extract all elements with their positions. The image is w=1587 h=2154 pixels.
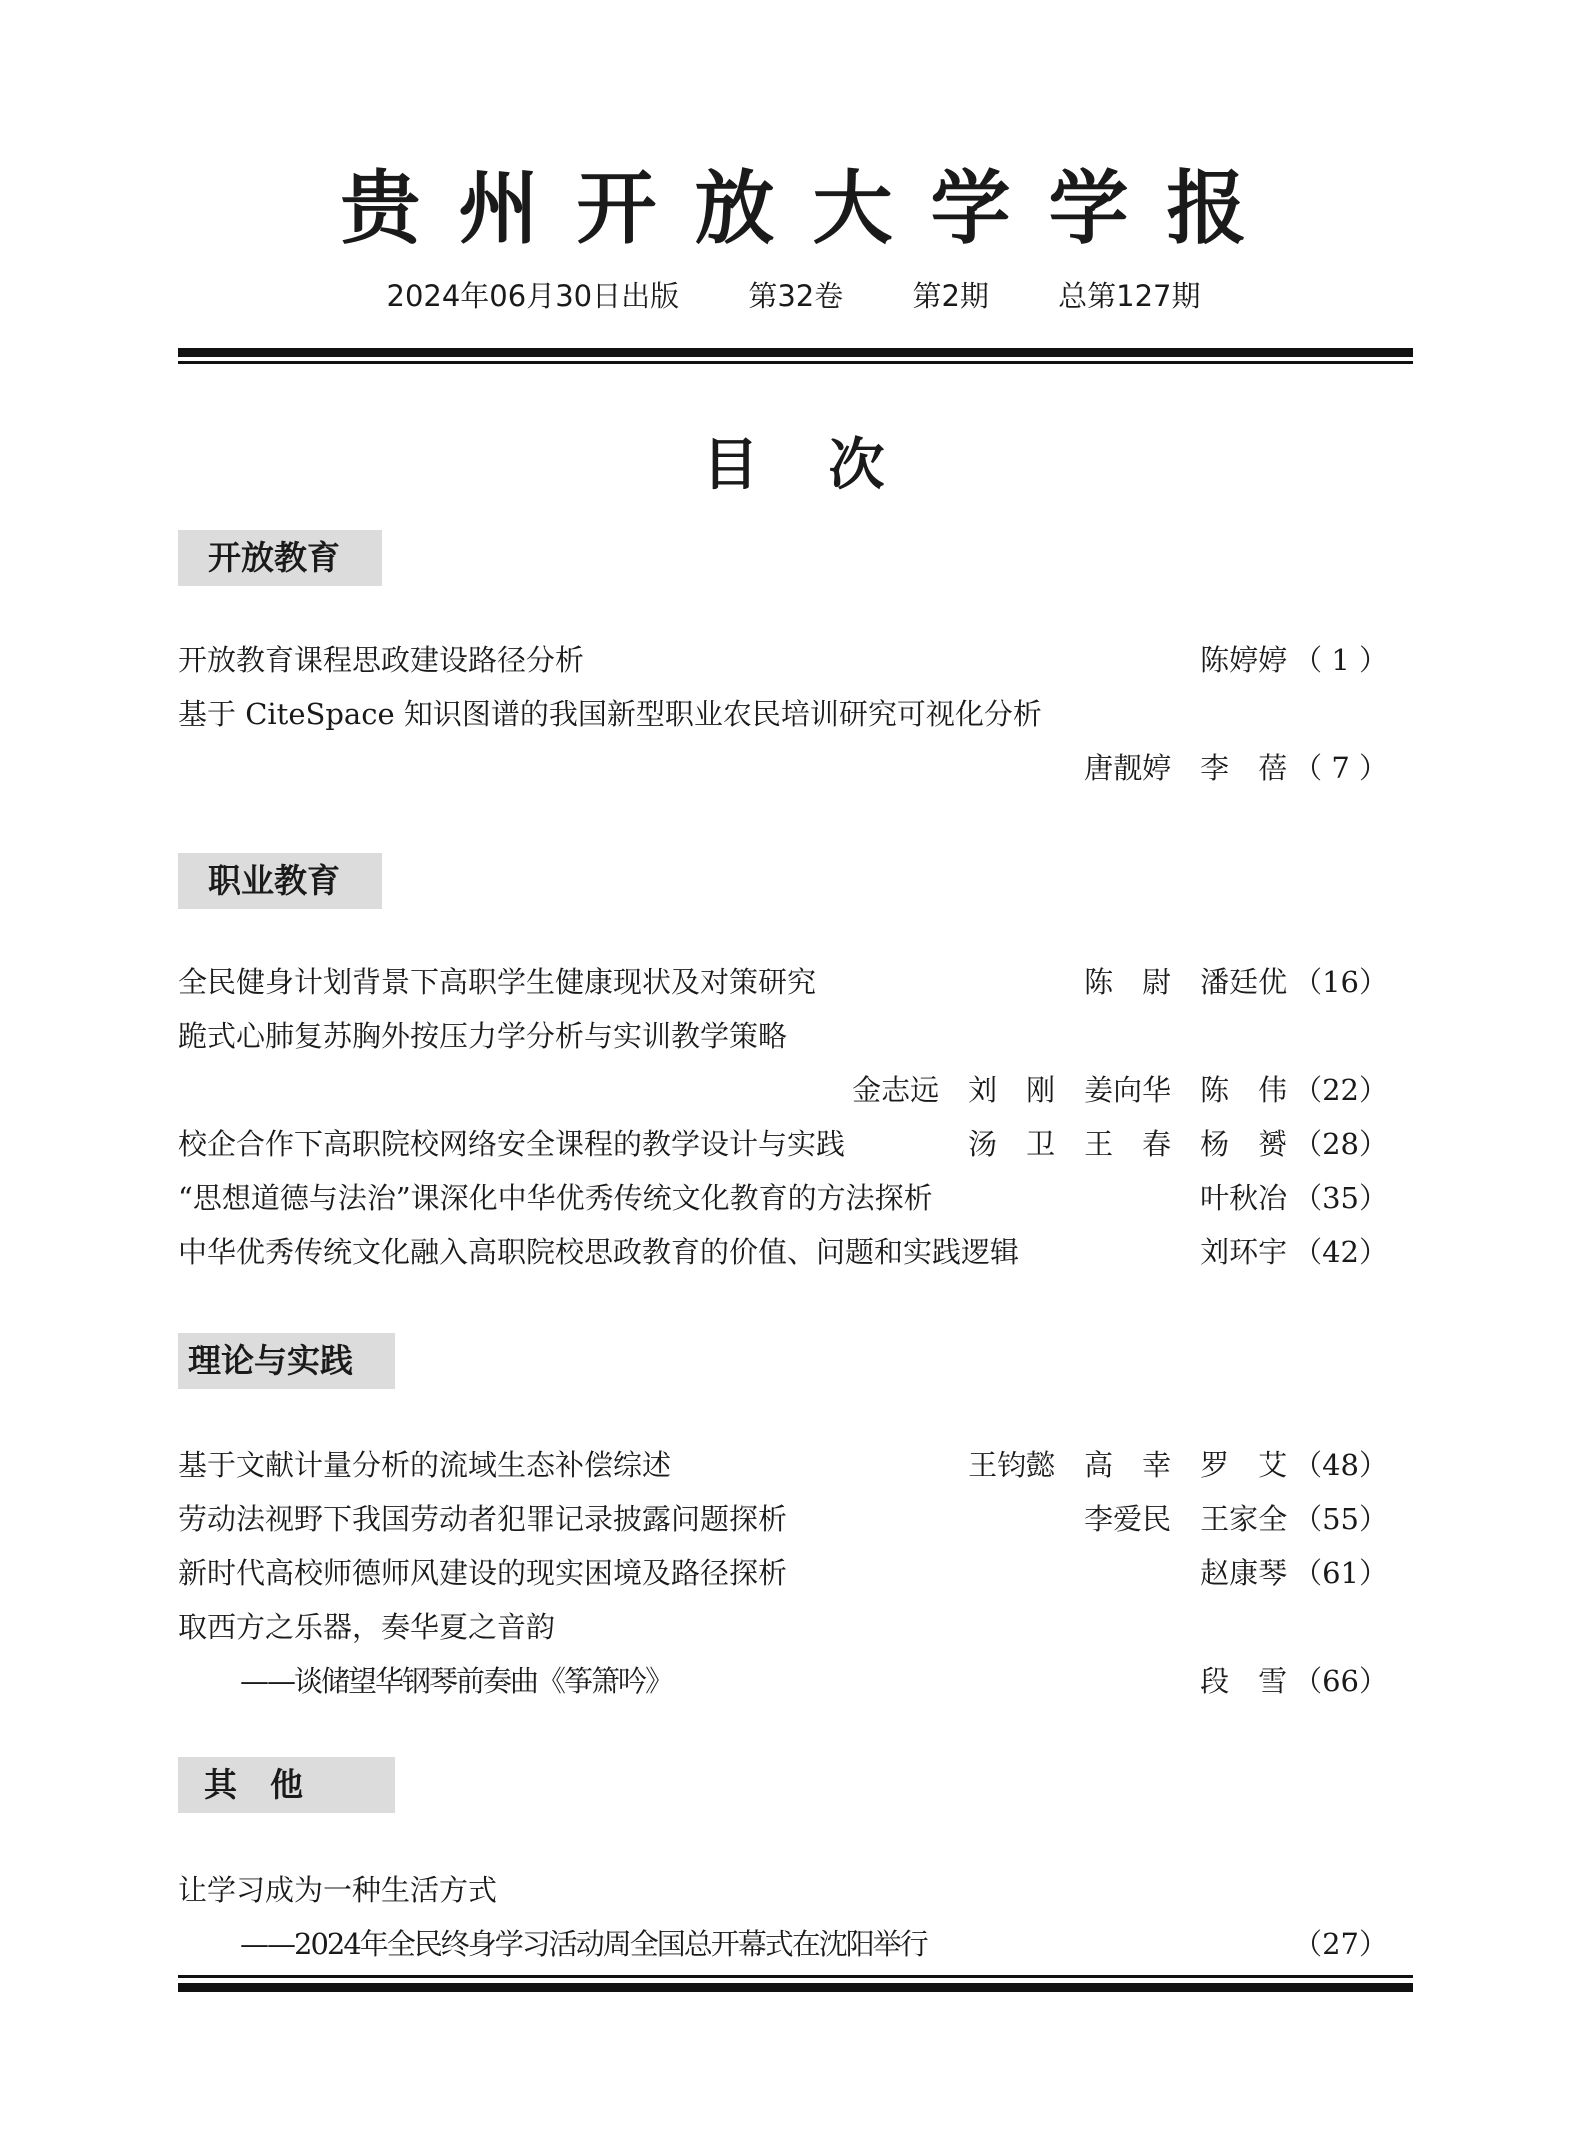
toc-entry[interactable]: 劳动法视野下我国劳动者犯罪记录披露问题探析 李爱民 王家全 （55）: [178, 1499, 1388, 1539]
leader-dots: [674, 1661, 1198, 1701]
leader-dots: [586, 640, 1198, 680]
entry-page: （28）: [1293, 1124, 1388, 1164]
issue-number: 第2期: [912, 279, 988, 313]
toc-entry[interactable]: 基于 CiteSpace 知识图谱的我国新型职业农民培训研究可视化分析: [178, 694, 1388, 734]
leader-dots: [1021, 1232, 1198, 1272]
entry-title[interactable]: 劳动法视野下我国劳动者犯罪记录披露问题探析: [178, 1499, 787, 1539]
toc-entry[interactable]: 取西方之乐器，奏华夏之音韵: [178, 1607, 1388, 1647]
entry-title[interactable]: 开放教育课程思政建设路径分析: [178, 640, 584, 680]
entry-title[interactable]: 全民健身计划背景下高职学生健康现状及对策研究: [178, 962, 816, 1002]
toc-heading: 目次: [0, 438, 1587, 494]
entry-page: （55）: [1293, 1499, 1388, 1539]
leader-dots: [863, 1124, 887, 1164]
entry-authors: 金志远 刘 刚 姜向华 陈 伟: [852, 1070, 1287, 1110]
leader-dots: [789, 1499, 1082, 1539]
entry-authors: 陈婷婷: [1200, 640, 1287, 680]
toc-entry-continuation[interactable]: ——谈储望华钢琴前奏曲《筝箫吟》 段 雪 （66）: [240, 1661, 1388, 1701]
leader-dots: [789, 1553, 1198, 1593]
leader-dots: [935, 1178, 1198, 1218]
toc-entry[interactable]: 让学习成为一种生活方式: [178, 1870, 1388, 1910]
entry-authors: 汤 卫 王 春 杨 赟: [905, 1124, 1287, 1164]
entry-authors: 唐靓婷 李 蓓: [1084, 748, 1287, 788]
header-rule-thin: [178, 361, 1413, 364]
entry-page: （16）: [1293, 962, 1388, 1002]
entry-title[interactable]: 取西方之乐器，奏华夏之音韵: [178, 1607, 555, 1647]
entry-authors: 刘环宇: [1200, 1232, 1287, 1272]
entry-page: （42）: [1293, 1232, 1388, 1272]
entry-page: （48）: [1293, 1445, 1388, 1485]
leader-dots: [951, 1924, 1281, 1964]
leader-dots: [242, 1070, 850, 1110]
volume: 第32卷: [748, 279, 843, 313]
entry-authors: 陈 尉 潘廷优: [1084, 962, 1287, 1002]
section-label-open-education: 开放教育: [178, 530, 382, 586]
entry-page: （35）: [1293, 1178, 1388, 1218]
entry-title[interactable]: 让学习成为一种生活方式: [178, 1870, 497, 1910]
toc-entry[interactable]: 跪式心肺复苏胸外按压力学分析与实训教学策略: [178, 1016, 1388, 1056]
entry-title[interactable]: “思想道德与法治”课深化中华优秀传统文化教育的方法探析: [178, 1178, 933, 1218]
journal-title: 贵州开放大学学报: [0, 168, 1587, 248]
toc-entry-continuation[interactable]: 唐靓婷 李 蓓 （ 7 ）: [240, 748, 1388, 788]
toc-entry[interactable]: 开放教育课程思政建设路径分析 陈婷婷 （ 1 ）: [178, 640, 1388, 680]
entry-authors: 段 雪: [1200, 1661, 1287, 1701]
entry-page: （61）: [1293, 1553, 1388, 1593]
entry-title[interactable]: 跪式心肺复苏胸外按压力学分析与实训教学策略: [178, 1016, 787, 1056]
total-issue: 总第127期: [1058, 279, 1200, 313]
entry-page: （ 7 ）: [1293, 748, 1388, 788]
toc-entry[interactable]: 基于文献计量分析的流域生态补偿综述 王钧懿 高 幸 罗 艾 （48）: [178, 1445, 1388, 1485]
entry-authors: 王钧懿 高 幸 罗 艾: [968, 1445, 1287, 1485]
entry-authors: 叶秋冶: [1200, 1178, 1287, 1218]
entry-page: （22）: [1293, 1070, 1388, 1110]
toc-entry-continuation[interactable]: ——2024年全民终身学习活动周全国总开幕式在沈阳举行 （27）: [240, 1924, 1388, 1964]
toc-entry-continuation[interactable]: 金志远 刘 刚 姜向华 陈 伟 （22）: [240, 1070, 1388, 1110]
footer-rule-thin: [178, 1975, 1413, 1978]
footer-rule-thick: [178, 1983, 1413, 1992]
toc-entry[interactable]: 校企合作下高职院校网络安全课程的教学设计与实践 汤 卫 王 春 杨 赟 （28）: [178, 1124, 1388, 1164]
leader-dots: [818, 962, 1082, 1002]
issue-line: 2024年06月30日出版 第32卷 第2期 总第127期: [0, 282, 1587, 311]
entry-page: （27）: [1293, 1924, 1388, 1964]
toc-entry[interactable]: 全民健身计划背景下高职学生健康现状及对策研究 陈 尉 潘廷优 （16）: [178, 962, 1388, 1002]
entry-title[interactable]: 基于文献计量分析的流域生态补偿综述: [178, 1445, 671, 1485]
section-label-vocational-education: 职业教育: [178, 853, 382, 909]
leader-dots: [673, 1445, 966, 1485]
publish-date: 2024年06月30日出版: [387, 279, 680, 313]
toc-entry[interactable]: 新时代高校师德师风建设的现实困境及路径探析 赵康琴 （61）: [178, 1553, 1388, 1593]
entry-title[interactable]: 中华优秀传统文化融入高职院校思政教育的价值、问题和实践逻辑: [178, 1232, 1019, 1272]
entry-title[interactable]: 新时代高校师德师风建设的现实困境及路径探析: [178, 1553, 787, 1593]
entry-authors: 李爱民 王家全: [1084, 1499, 1287, 1539]
header-rule-thick: [178, 348, 1413, 357]
toc-entry[interactable]: “思想道德与法治”课深化中华优秀传统文化教育的方法探析 叶秋冶 （35）: [178, 1178, 1388, 1218]
toc-entry[interactable]: 中华优秀传统文化融入高职院校思政教育的价值、问题和实践逻辑 刘环宇 （42）: [178, 1232, 1388, 1272]
entry-title[interactable]: 校企合作下高职院校网络安全课程的教学设计与实践: [178, 1124, 845, 1164]
entry-subtitle: ——2024年全民终身学习活动周全国总开幕式在沈阳举行: [240, 1924, 927, 1964]
section-label-other: 其 他: [178, 1757, 395, 1813]
entry-subtitle: ——谈储望华钢琴前奏曲《筝箫吟》: [240, 1661, 672, 1701]
entry-authors: 赵康琴: [1200, 1553, 1287, 1593]
entry-title[interactable]: 基于 CiteSpace 知识图谱的我国新型职业农民培训研究可视化分析: [178, 694, 1042, 734]
leader-dots: [242, 748, 1082, 788]
section-label-theory-practice: 理论与实践: [178, 1333, 395, 1389]
entry-page: （66）: [1293, 1661, 1388, 1701]
entry-page: （ 1 ）: [1293, 640, 1388, 680]
